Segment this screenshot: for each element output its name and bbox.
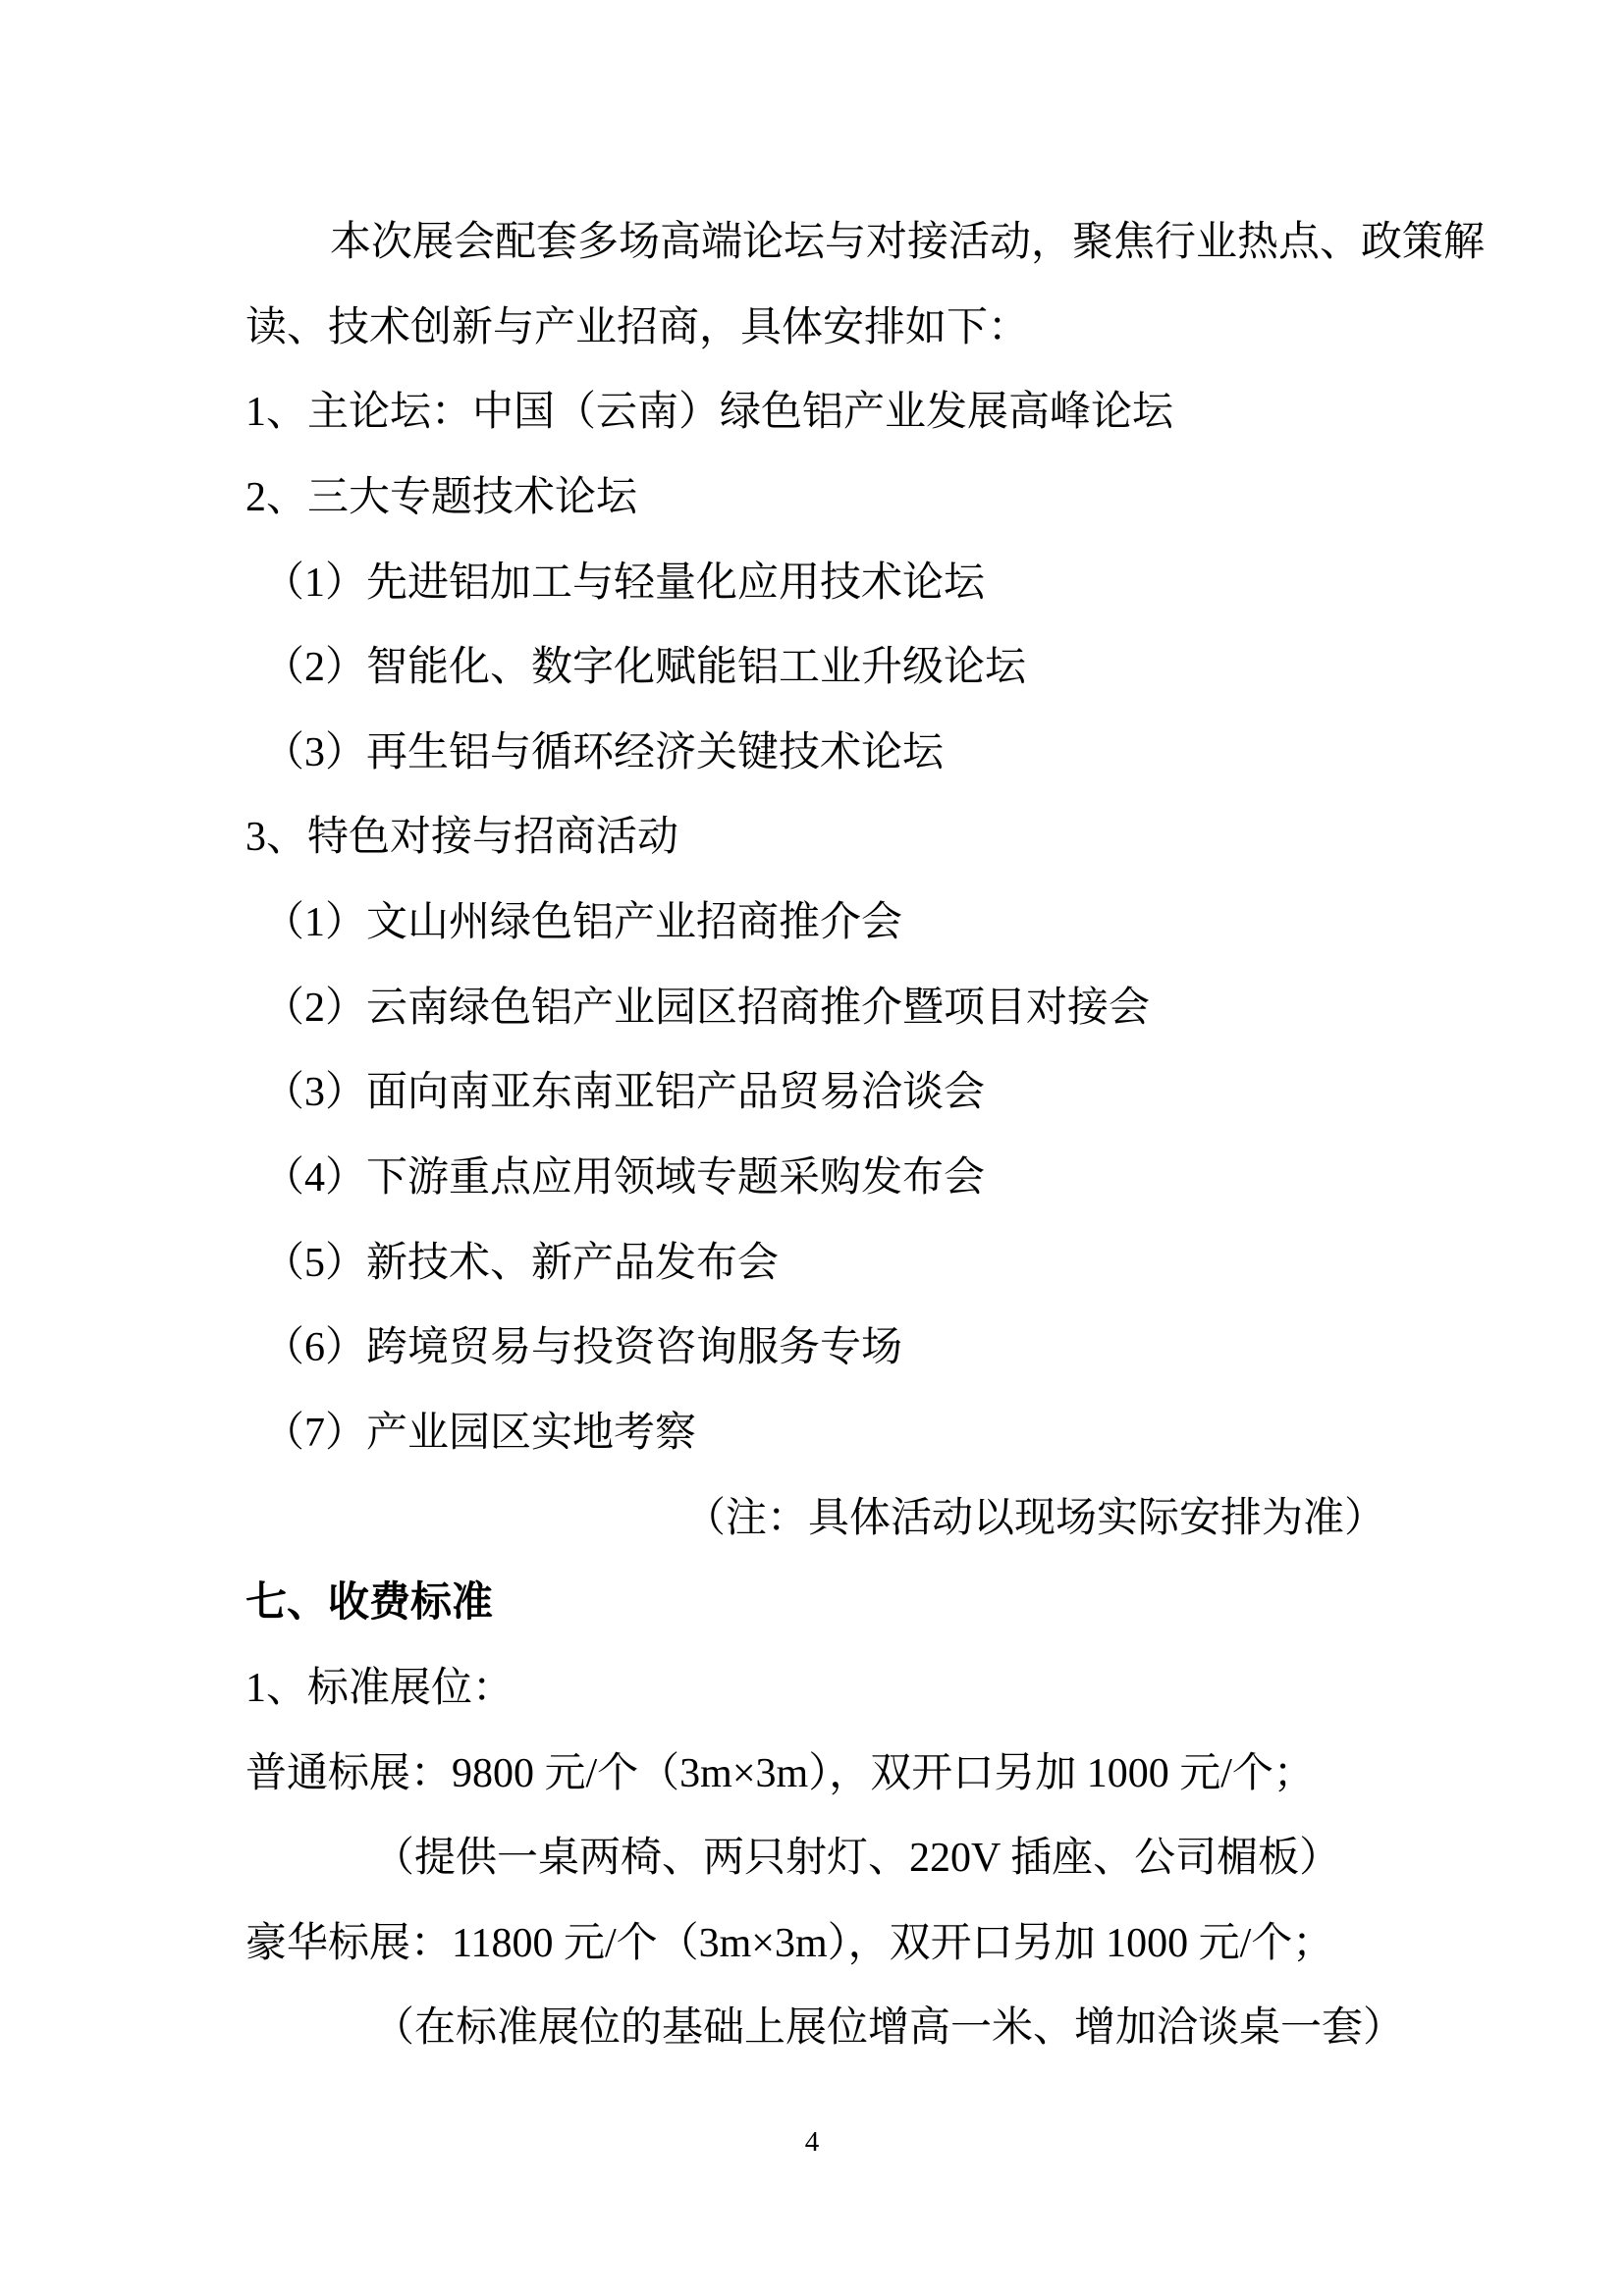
line-standard-booth-price: 普通标展：9800 元/个（3m×3m），双开口另加 1000 元/个； — [245, 1732, 1384, 1817]
note-line: （注：具体活动以现场实际安排为准） — [684, 1476, 1384, 1562]
item-main-forum: 1、主论坛：中国（云南）绿色铝产业发展高峰论坛 — [245, 370, 1384, 455]
intro-line-1: 本次展会配套多场高端论坛与对接活动，聚焦行业热点、政策解 — [330, 200, 1384, 286]
sub-item-forum-3: （3）再生铝与循环经济关键技术论坛 — [263, 711, 1384, 796]
item-matchmaking-activities: 3、特色对接与招商活动 — [245, 795, 1384, 881]
document-body: 本次展会配套多场高端论坛与对接活动，聚焦行业热点、政策解 读、技术创新与产业招商… — [245, 200, 1384, 2071]
sub-item-forum-2: （2）智能化、数字化赋能铝工业升级论坛 — [263, 625, 1384, 711]
page-number: 4 — [0, 2122, 1624, 2162]
line-deluxe-booth-note: （在标准展位的基础上展位增高一米、增加洽谈桌一套） — [373, 1986, 1384, 2071]
sub-item-activity-4: （4）下游重点应用领域专题采购发布会 — [263, 1136, 1384, 1221]
sub-item-activity-3: （3）面向南亚东南亚铝产品贸易洽谈会 — [263, 1050, 1384, 1136]
document-page: 本次展会配套多场高端论坛与对接活动，聚焦行业热点、政策解 读、技术创新与产业招商… — [0, 0, 1624, 2296]
intro-line-2: 读、技术创新与产业招商，具体安排如下： — [245, 286, 1384, 371]
line-standard-booth-includes: （提供一桌两椅、两只射灯、220V 插座、公司楣板） — [373, 1816, 1384, 1901]
item-standard-booth: 1、标准展位： — [245, 1646, 1384, 1732]
sub-item-activity-5: （5）新技术、新产品发布会 — [263, 1221, 1384, 1307]
sub-item-activity-7: （7）产业园区实地考察 — [263, 1391, 1384, 1476]
section-heading-fees: 七、收费标准 — [245, 1561, 1384, 1646]
item-tech-forums: 2、三大专题技术论坛 — [245, 455, 1384, 541]
sub-item-activity-6: （6）跨境贸易与投资咨询服务专场 — [263, 1306, 1384, 1391]
sub-item-activity-2: （2）云南绿色铝产业园区招商推介暨项目对接会 — [263, 966, 1384, 1051]
sub-item-forum-1: （1）先进铝加工与轻量化应用技术论坛 — [263, 541, 1384, 626]
line-deluxe-booth-price: 豪华标展：11800 元/个（3m×3m），双开口另加 1000 元/个； — [245, 1901, 1384, 1987]
sub-item-activity-1: （1）文山州绿色铝产业招商推介会 — [263, 881, 1384, 966]
